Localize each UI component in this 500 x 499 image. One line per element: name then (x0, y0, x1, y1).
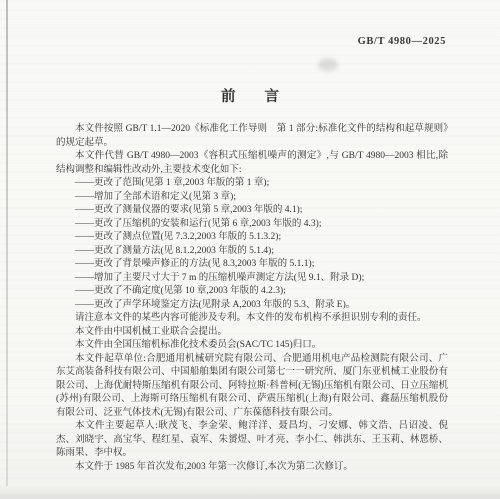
foreword-paragraph: 本文件起草单位:合肥通用机械研究院有限公司、合肥通用机电产品检测院有限公司、广东… (56, 353, 448, 421)
foreword-paragraph: 本文件由中国机械工业联合会提出。 (56, 326, 448, 340)
change-list-item: ——更改了测量仪器的要求(见第 5 章,2003 年版的 4.1); (56, 204, 448, 218)
change-list-item: ——更改了测量方法(见 8.1.2,2003 年版的 5.1.4); (56, 245, 448, 259)
standard-number: GB/T 4980—2025 (358, 36, 446, 47)
foreword-paragraph: 请注意本文件的某些内容可能涉及专利。本文件的发布机构不承担识别专利的责任。 (56, 312, 448, 326)
change-list-item: ——更改了测点位置(见 7.3.2,2003 年版的 5.1.3.2); (56, 231, 448, 245)
foreword-paragraph: 本文件于 1985 年首次发布,2003 年第一次修订,本次为第二次修订。 (56, 461, 448, 475)
change-list-item: ——更改了范围(见第 1 章,2003 年版的第 1 章); (56, 177, 448, 191)
scan-edge-line (6, 0, 8, 486)
change-list-item: ——更改了背景噪声修正的方法(见 8.3,2003 年版的 5.1.1); (56, 258, 448, 272)
change-list-item: ——更改了声学环境鉴定方法(见附录 A,2003 年版的 5.3、附录 E)。 (56, 299, 448, 313)
scan-smudge (318, 58, 338, 71)
change-list-item: ——更改了压缩机的安装和运行(见第 6 章,2003 年版的 4.3); (56, 218, 448, 232)
scan-bottom-shadow (0, 487, 500, 499)
change-list-item: ——增加了主要尺寸大于 7 m 的压缩机噪声测定方法(见 9.1、附录 D); (56, 272, 448, 286)
foreword-paragraph: 本文件主要起草人:耿茂飞、李金荣、鲍洋洋、聂昌均、刁安娜、韩文浩、吕诏凌、倪杰、… (56, 420, 448, 461)
foreword-paragraph: 本文件由全国压缩机标准化技术委员会(SAC/TC 145)归口。 (56, 339, 448, 353)
foreword-paragraph: 本文件代替 GB/T 4980—2003《容积式压缩机噪声的测定》,与 GB/T… (56, 150, 448, 177)
foreword-body: 本文件按照 GB/T 1.1—2020《标准化工作导则 第 1 部分:标准化文件… (56, 123, 448, 474)
change-list-item: ——增加了全部术语和定义(见第 3 章); (56, 191, 448, 205)
change-list-item: ——更改了不确定度(见第 10 章,2003 年版的 4.2.3); (56, 285, 448, 299)
page-title: 前 言 (0, 85, 500, 106)
foreword-paragraph: 本文件按照 GB/T 1.1—2020《标准化工作导则 第 1 部分:标准化文件… (56, 123, 448, 150)
document-page: GB/T 4980—2025 前 言 本文件按照 GB/T 1.1—2020《标… (0, 0, 500, 499)
